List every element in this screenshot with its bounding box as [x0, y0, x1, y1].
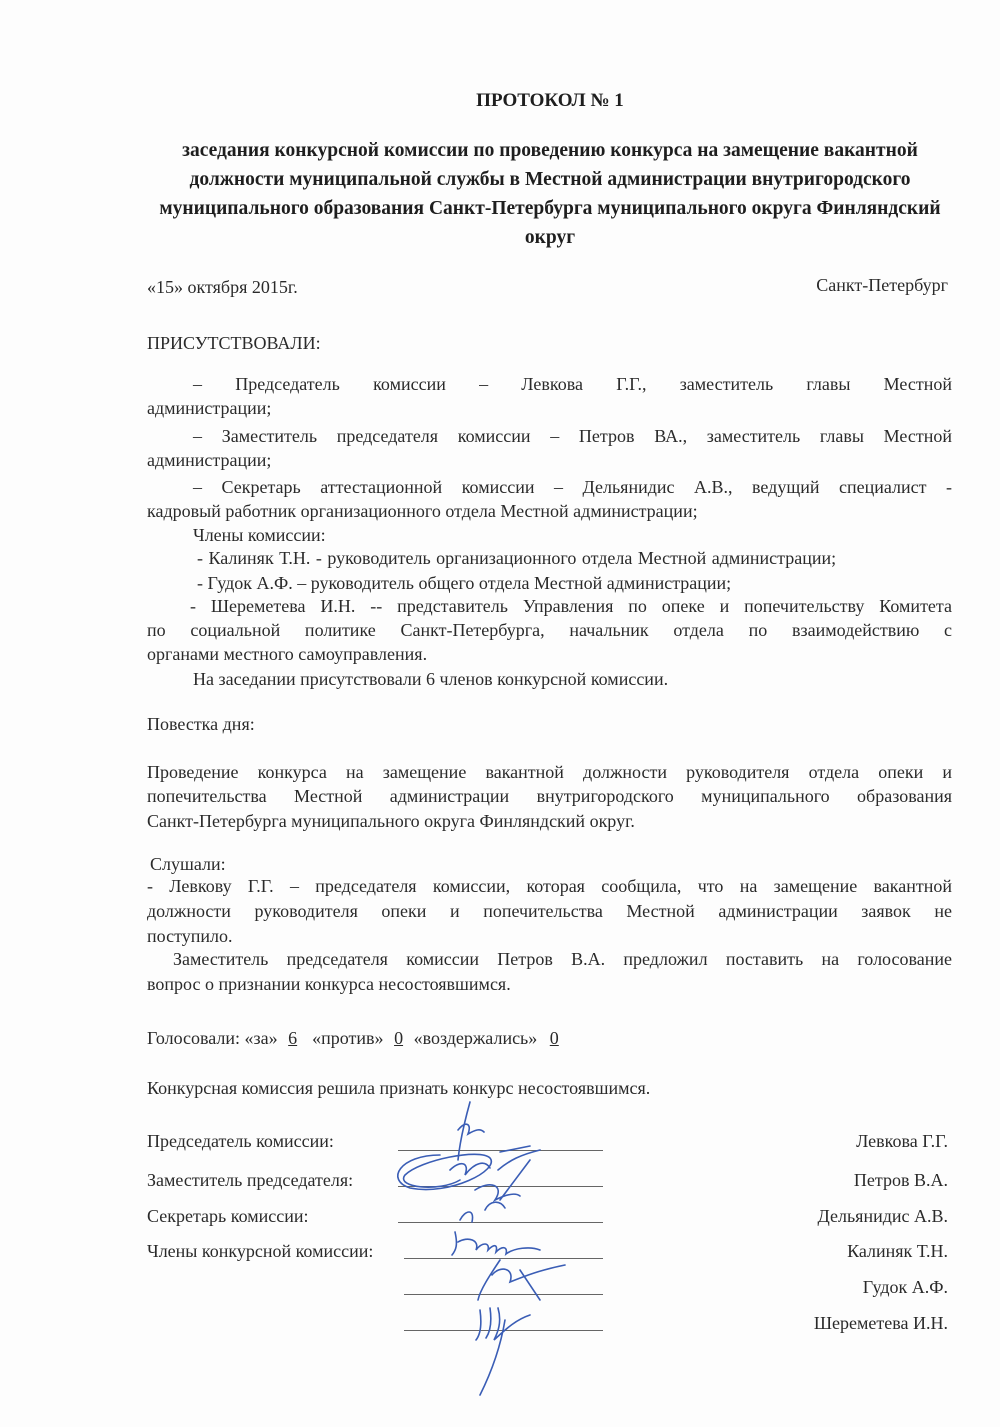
- agenda-heading: Повестка дня:: [147, 713, 255, 736]
- present-line: Члены комиссии:: [193, 524, 326, 547]
- heard-heading: Слушали:: [150, 853, 226, 876]
- signature-role: Члены конкурсной комиссии:: [147, 1240, 373, 1263]
- handwritten-signatures-icon: [380, 1100, 600, 1400]
- present-line: - Гудок А.Ф. – руководитель общего отдел…: [197, 572, 731, 595]
- document-title: ПРОТОКОЛ № 1: [0, 90, 1000, 112]
- present-line: – Заместитель председателя комиссии – Пе…: [193, 426, 952, 447]
- agenda-line: попечительства Местной администрации вну…: [147, 786, 952, 807]
- heard-line: должности руководителя опеки и попечител…: [147, 901, 952, 922]
- signature-name: Гудок А.Ф.: [863, 1276, 948, 1299]
- heard-line: вопрос о признании конкурса несостоявшим…: [147, 973, 511, 996]
- signature-name: Калиняк Т.Н.: [847, 1240, 948, 1263]
- present-line: На заседании присутствовали 6 членов кон…: [193, 668, 668, 691]
- meeting-date: «15» октября 2015г.: [147, 276, 298, 299]
- present-line: - Калиняк Т.Н. - руководитель организаци…: [197, 547, 836, 570]
- meeting-city: Санкт-Петербург: [816, 274, 948, 297]
- present-line: органами местного самоуправления.: [147, 643, 427, 666]
- present-heading: ПРИСУТСТВОВАЛИ:: [147, 332, 321, 355]
- vote-label: Голосовали:: [147, 1028, 240, 1048]
- vote-against-label: «против»: [312, 1028, 383, 1048]
- heard-line: - Левкову Г.Г. – председателя комиссии, …: [147, 876, 952, 897]
- present-line: кадровый работник организационного отдел…: [147, 500, 698, 523]
- protocol-page: ПРОТОКОЛ № 1 заседания конкурсной комисс…: [0, 0, 1000, 1427]
- signature-role: Заместитель председателя:: [147, 1169, 353, 1192]
- heard-line: поступило.: [147, 925, 232, 948]
- vote-abstain-label: «воздержались»: [414, 1028, 538, 1048]
- present-line: администрации;: [147, 449, 271, 472]
- heard-line: Заместитель председателя комиссии Петров…: [173, 949, 952, 970]
- signature-role: Председатель комиссии:: [147, 1130, 334, 1153]
- present-line: по социальной политике Санкт-Петербурга,…: [147, 620, 952, 641]
- document-subtitle: заседания конкурсной комиссии по проведе…: [140, 136, 960, 252]
- vote-abstain-value: 0: [542, 1028, 567, 1048]
- signature-name: Шереметева И.Н.: [814, 1312, 948, 1335]
- vote-for-label: «за»: [245, 1028, 278, 1048]
- present-line: администрации;: [147, 397, 271, 420]
- vote-for-value: 6: [282, 1028, 303, 1048]
- signature-name: Дельянидис А.В.: [817, 1205, 948, 1228]
- agenda-line: Санкт-Петербурга муниципального округа Ф…: [147, 810, 635, 833]
- signature-name: Левкова Г.Г.: [856, 1130, 948, 1153]
- signature-role: Секретарь комиссии:: [147, 1205, 309, 1228]
- vote-against-value: 0: [388, 1028, 409, 1048]
- signature-name: Петров В.А.: [854, 1169, 948, 1192]
- present-line: - Шереметева И.Н. -- представитель Управ…: [190, 596, 952, 617]
- vote-line: Голосовали: «за» 6 «против» 0 «воздержал…: [147, 1027, 567, 1050]
- agenda-line: Проведение конкурса на замещение вакантн…: [147, 762, 952, 783]
- decision-text: Конкурсная комиссия решила признать конк…: [147, 1077, 650, 1100]
- present-line: – Председатель комиссии – Левкова Г.Г., …: [193, 374, 952, 395]
- present-line: – Секретарь аттестационной комиссии – Де…: [193, 477, 952, 498]
